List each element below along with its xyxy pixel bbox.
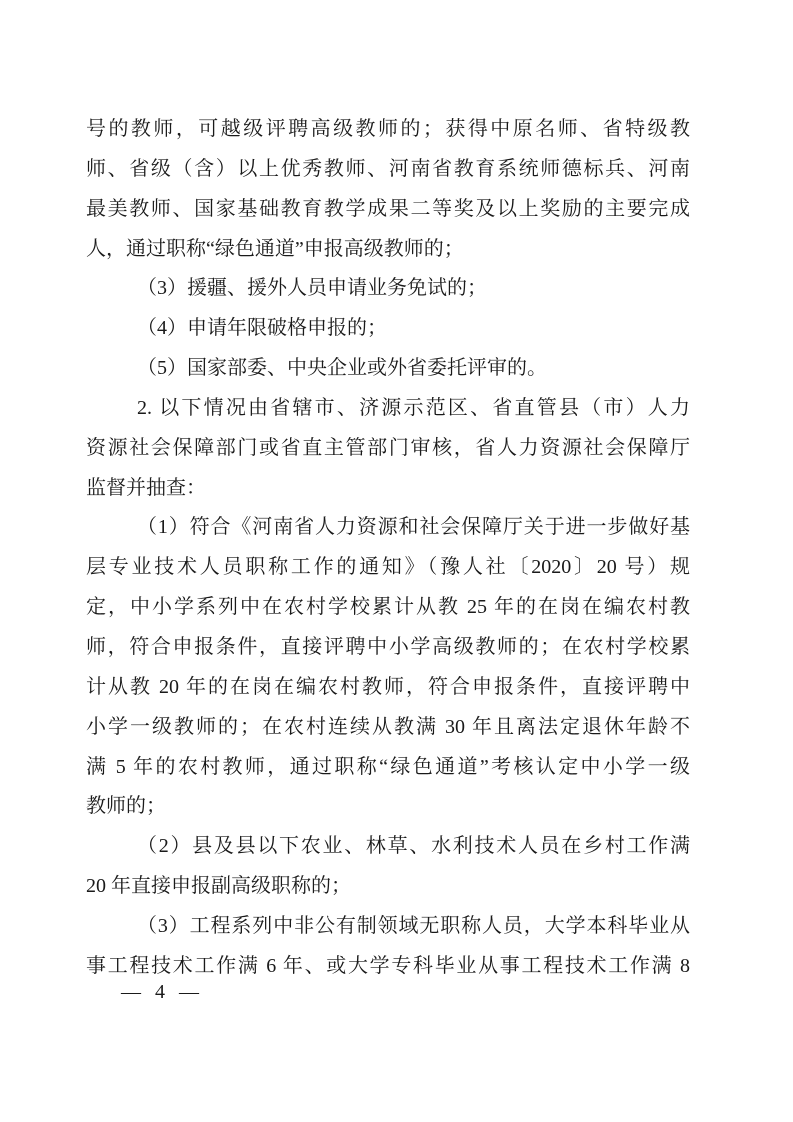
text-line: 2. 以下情况由省辖市、济源示范区、省直管县（市）人力 bbox=[86, 389, 690, 429]
footer-dash-left: — bbox=[121, 981, 141, 1003]
text-line: 师、省级（含）以上优秀教师、河南省教育系统师德标兵、河南 bbox=[86, 150, 690, 190]
text-line: （1）符合《河南省人力资源和社会保障厅关于进一步做好基 bbox=[86, 508, 690, 548]
text-line: 师，符合申报条件，直接评聘中小学高级教师的；在农村学校累 bbox=[86, 628, 690, 668]
document-page: 号的教师，可越级评聘高级教师的；获得中原名师、省特级教师、省级（含）以上优秀教师… bbox=[0, 0, 793, 1122]
text-line: 定，中小学系列中在农村学校累计从教 25 年的在岗在编农村教 bbox=[86, 588, 690, 628]
text-line: （5）国家部委、中央企业或外省委托评审的。 bbox=[86, 349, 690, 389]
page-footer: — 4 — bbox=[121, 981, 199, 1003]
text-line: （3）工程系列中非公有制领域无职称人员，大学本科毕业从 bbox=[86, 907, 690, 947]
page-number: 4 bbox=[155, 981, 165, 1003]
text-line: 满 5 年的农村教师，通过职称“绿色通道”考核认定中小学一级 bbox=[86, 748, 690, 788]
text-line: 20 年直接申报副高级职称的； bbox=[86, 867, 690, 907]
text-line: 监督并抽查： bbox=[86, 469, 690, 509]
text-line: （4）申请年限破格申报的； bbox=[86, 309, 690, 349]
text-line: （2）县及县以下农业、林草、水利技术人员在乡村工作满 bbox=[86, 827, 690, 867]
text-line: （3）援疆、援外人员申请业务免试的； bbox=[86, 269, 690, 309]
text-line: 人，通过职称“绿色通道”申报高级教师的； bbox=[86, 230, 690, 270]
text-line: 计从教 20 年的在岗在编农村教师，符合申报条件，直接评聘中 bbox=[86, 668, 690, 708]
document-body: 号的教师，可越级评聘高级教师的；获得中原名师、省特级教师、省级（含）以上优秀教师… bbox=[86, 110, 690, 987]
footer-dash-right: — bbox=[179, 981, 199, 1003]
text-line: 最美教师、国家基础教育教学成果二等奖及以上奖励的主要完成 bbox=[86, 190, 690, 230]
text-line: 资源社会保障部门或省直主管部门审核，省人力资源社会保障厅 bbox=[86, 429, 690, 469]
text-line: 教师的； bbox=[86, 787, 690, 827]
text-line: 小学一级教师的；在农村连续从教满 30 年且离法定退休年龄不 bbox=[86, 708, 690, 748]
text-line: 层专业技术人员职称工作的通知》（豫人社〔2020〕20 号）规 bbox=[86, 548, 690, 588]
text-line: 号的教师，可越级评聘高级教师的；获得中原名师、省特级教 bbox=[86, 110, 690, 150]
